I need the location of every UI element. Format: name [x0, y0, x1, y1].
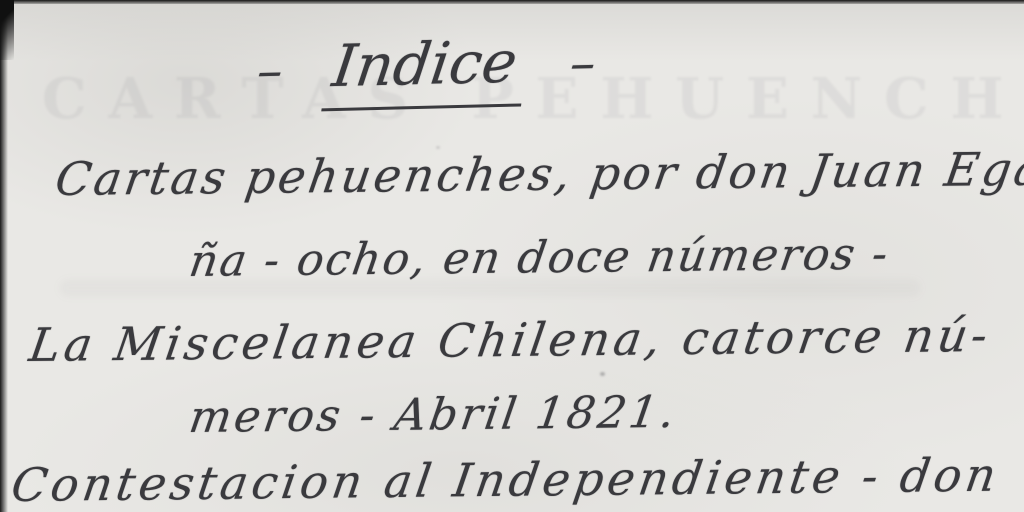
entry-line-cartas-continuation: ña - ocho, en doce números - [186, 229, 893, 287]
entry-line-miscelanea-chilena: La Miscelanea Chilena, catorce nú- [26, 308, 995, 372]
entry-line-miscelanea-continuation: meros - Abril 1821. [186, 387, 681, 443]
ink-speck [128, 340, 132, 344]
entry-line-contestacion-clipped: Contestacion al Independiente - don [8, 448, 1004, 512]
scan-edge-top [0, 0, 1024, 4]
ink-speck [600, 372, 605, 376]
manuscript-page: CARTAS PEHUENCHES – Indice – Cartas pehu… [0, 0, 1024, 512]
title-dash-left: – [253, 33, 288, 108]
scan-edge-corner [0, 0, 14, 60]
entry-line-cartas-pehuenches: Cartas pehuenches, por don Juan Ega- [52, 141, 1024, 206]
scan-edge-left [0, 0, 8, 512]
ink-speck [436, 146, 440, 149]
index-title: – Indice – [252, 26, 601, 113]
title-word-indice: Indice [321, 27, 531, 111]
